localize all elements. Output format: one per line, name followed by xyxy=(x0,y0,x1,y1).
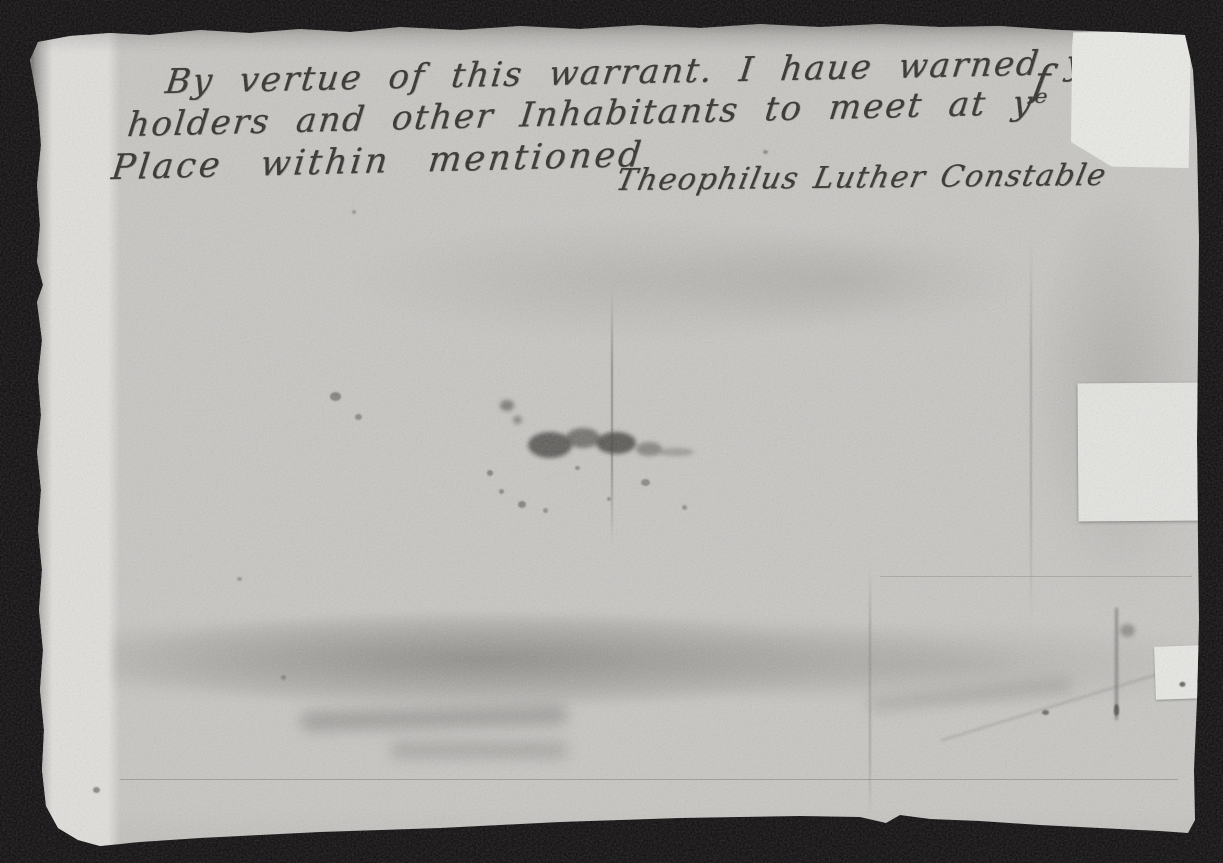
repair-patch-top-right xyxy=(1071,31,1191,168)
repair-patch-right-edge xyxy=(1154,645,1202,700)
ink-speck xyxy=(1179,682,1185,687)
handwriting-block: By vertue of this warrant. I haue warned… xyxy=(0,0,1223,863)
signature: Theophilus Luther Constable xyxy=(613,158,1110,198)
paper-sheet: By vertue of this warrant. I haue warned… xyxy=(0,0,1223,863)
repair-patch-middle-right xyxy=(1078,383,1200,522)
scanned-document-image: By vertue of this warrant. I haue warned… xyxy=(0,0,1223,863)
